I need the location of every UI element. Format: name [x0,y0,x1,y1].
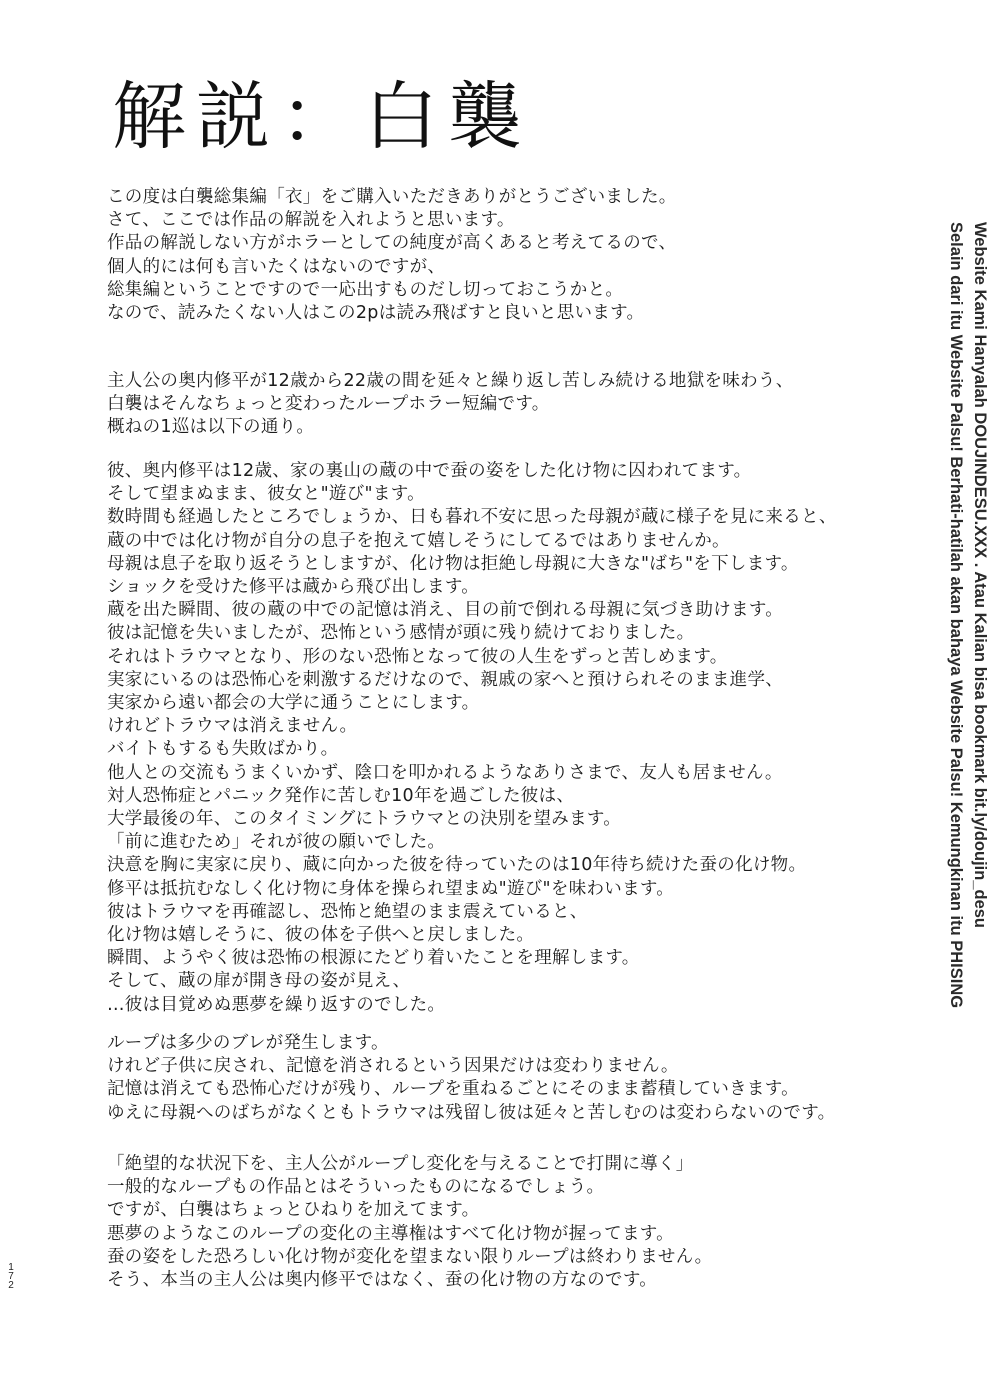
text-line: 母親は息子を取り返そうとしますが、化け物は拒絶し母親に大きな"ばち"を下します。 [107,553,897,576]
text-line: 「絶望的な状況下を、主人公がループし変化を与えることで打開に導く」 [107,1153,897,1176]
text-line: 彼は記憶を失いましたが、恐怖という感情が頭に残り続けておりました。 [107,622,897,645]
text-line: 彼、奥内修平は12歳、家の裏山の蔵の中で蚕の姿をした化け物に囚われてます。 [107,460,897,483]
paragraph-overview: 主人公の奥内修平が12歳から22歳の間を延々と繰り返し苦しみ続ける地獄を味わう、… [107,370,897,440]
page-number: 172 [6,1263,16,1290]
page-title: 解説：白襲 [112,72,532,162]
text-line: 記憶は消えても恐怖心だけが残り、ループを重ねるごとにそのまま蓄積していきます。 [107,1078,897,1101]
text-line: 悪夢のようなこのループの変化の主導権はすべて化け物が握ってます。 [107,1223,897,1246]
text-line: 蚕の姿をした恐ろしい化け物が変化を望まない限りループは終わりません。 [107,1246,897,1269]
text-line: 対人恐怖症とパニック発作に苦しむ10年を過ごした彼は、 [107,785,897,808]
text-line: 一般的なループもの作品とはそういったものになるでしょう。 [107,1176,897,1199]
text-line: なので、読みたくない人はこの2pは読み飛ばすと良いと思います。 [107,302,897,325]
vertical-watermark: Website Kami Hanyalah DOUJINDESU.XXX . A… [944,222,992,1008]
paragraph-loop-rules: ループは多少のブレが発生します。 けれど子供に戻され、記憶を消されるという因果だ… [107,1032,897,1125]
text-line: 実家から遠い都会の大学に通うことにします。 [107,692,897,715]
text-line: 修平は抵抗むなしく化け物に身体を操られ望まぬ"遊び"を味わいます。 [107,878,897,901]
paragraph-story: 彼、奥内修平は12歳、家の裏山の蔵の中で蚕の姿をした化け物に囚われてます。 そし… [107,460,897,1017]
text-line: 蔵を出た瞬間、彼の蔵の中での記憶は消え、目の前で倒れる母親に気づき助けます。 [107,599,897,622]
text-line: 主人公の奥内修平が12歳から22歳の間を延々と繰り返し苦しみ続ける地獄を味わう、 [107,370,897,393]
text-line: そして、蔵の扉が開き母の姿が見え、 [107,970,897,993]
text-line: 実家にいるのは恐怖心を刺激するだけなので、親戚の家へと預けられそのまま進学、 [107,669,897,692]
text-line: 個人的には何も言いたくはないのですが、 [107,256,897,279]
text-line: バイトもするも失敗ばかり。 [107,738,897,761]
text-line: さて、ここでは作品の解説を入れようと思います。 [107,209,897,232]
text-line: けれど子供に戻され、記憶を消されるという因果だけは変わりません。 [107,1055,897,1078]
text-line: 作品の解説しない方がホラーとしての純度が高くあると考えてるので、 [107,232,897,255]
text-line: 瞬間、ようやく彼は恐怖の根源にたどり着いたことを理解します。 [107,947,897,970]
text-line: ショックを受けた修平は蔵から飛び出します。 [107,576,897,599]
text-line: 他人との交流もうまくいかず、陰口を叩かれるようなありさまで、友人も居ません。 [107,762,897,785]
text-line: 数時間も経過したところでしょうか、日も暮れ不安に思った母親が蔵に様子を見に来ると… [107,506,897,529]
text-line: ですが、白襲はちょっとひねりを加えてます。 [107,1199,897,1222]
text-line: ゆえに母親へのばちがなくともトラウマは残留し彼は延々と苦しむのは変わらないのです… [107,1102,897,1125]
text-line: 大学最後の年、このタイミングにトラウマとの決別を望みます。 [107,808,897,831]
text-line: 彼はトラウマを再確認し、恐怖と絶望のまま震えていると、 [107,901,897,924]
text-line: けれどトラウマは消えません。 [107,715,897,738]
paragraph-intro: この度は白襲総集編「衣」をご購入いただきありがとうございました。 さて、ここでは… [107,186,897,325]
text-line: ループは多少のブレが発生します。 [107,1032,897,1055]
paragraph-conclusion: 「絶望的な状況下を、主人公がループし変化を与えることで打開に導く」 一般的なルー… [107,1153,897,1292]
text-line: 総集編ということですので一応出すものだし切っておこうかと。 [107,279,897,302]
text-line: 「前に進むため」それが彼の願いでした。 [107,831,897,854]
text-line: この度は白襲総集編「衣」をご購入いただきありがとうございました。 [107,186,897,209]
text-line: それはトラウマとなり、形のない恐怖となって彼の人生をずっと苦しめます。 [107,646,897,669]
text-line: 決意を胸に実家に戻り、蔵に向かった彼を待っていたのは10年待ち続けた蚕の化け物。 [107,854,897,877]
text-line: 白襲はそんなちょっと変わったループホラー短編です。 [107,393,897,416]
text-line: 概ねの1巡は以下の通り。 [107,416,897,439]
text-line: 蔵の中では化け物が自分の息子を抱えて嬉しそうにしてるではありませんか。 [107,530,897,553]
watermark-line: Selain dari itu Website Palsu! Berhati-h… [944,222,968,1008]
text-line: 化け物は嬉しそうに、彼の体を子供へと戻しました。 [107,924,897,947]
text-line: そう、本当の主人公は奥内修平ではなく、蚕の化け物の方なのです。 [107,1269,897,1292]
text-line: そして望まぬまま、彼女と"遊び"ます。 [107,483,897,506]
watermark-line: Website Kami Hanyalah DOUJINDESU.XXX . A… [968,222,992,1008]
text-line: …彼は目覚めぬ悪夢を繰り返すのでした。 [107,994,897,1017]
